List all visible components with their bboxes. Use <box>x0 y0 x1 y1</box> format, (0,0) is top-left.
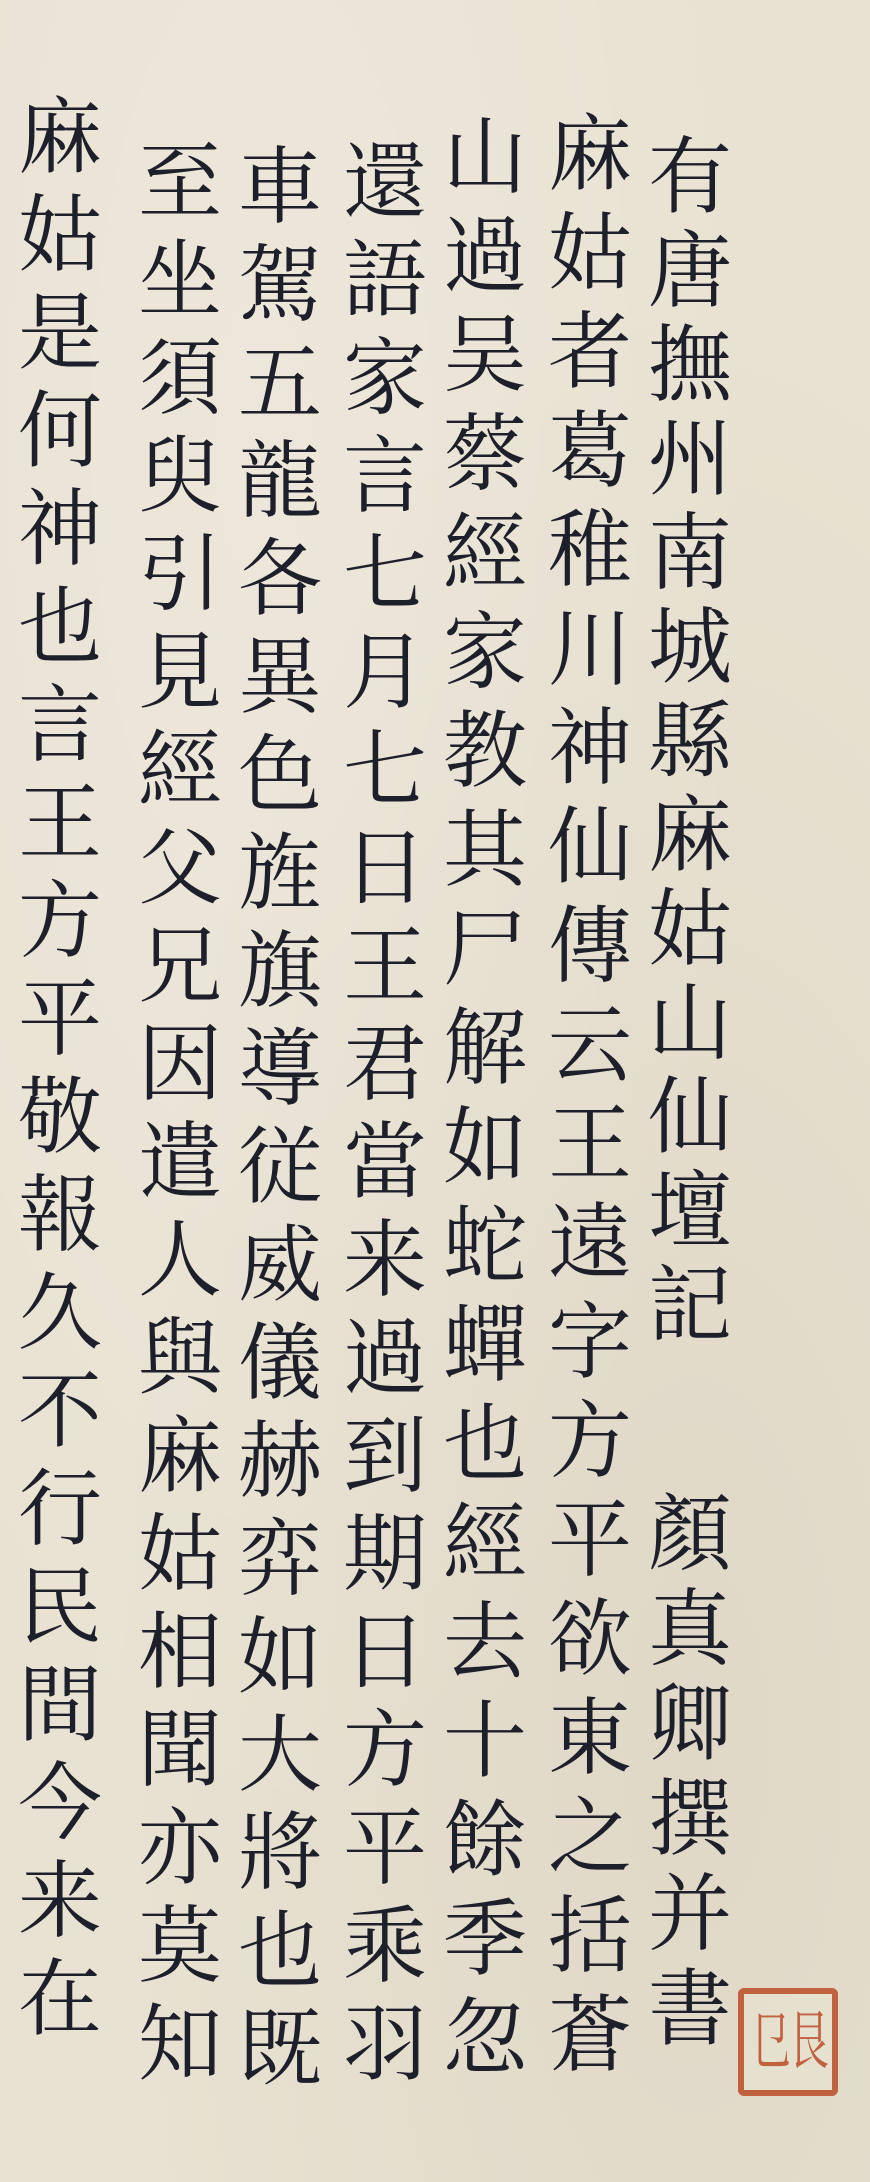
character-col5-2: 五 <box>225 341 335 425</box>
character-col3-3: 蔡 <box>430 412 540 496</box>
character-col2-11: 遠 <box>535 1201 645 1285</box>
character-col3-5: 家 <box>430 610 540 694</box>
character-col2-2: 者 <box>535 310 645 394</box>
character-col5-15: 如 <box>225 1615 335 1699</box>
character-col5-14: 弈 <box>225 1517 335 1601</box>
character-col6-7: 父 <box>125 826 235 910</box>
character-col1b-0: 顏 <box>635 1492 745 1576</box>
character-col2-5: 川 <box>535 607 645 691</box>
character-col1b-2: 卿 <box>635 1682 745 1766</box>
character-col3-8: 尸 <box>430 907 540 991</box>
character-col6-1: 坐 <box>125 238 235 322</box>
character-col4-13: 到 <box>330 1414 440 1498</box>
character-col6-15: 相 <box>125 1610 235 1694</box>
character-col3-10: 如 <box>430 1105 540 1189</box>
character-col5-18: 也 <box>225 1909 335 1993</box>
character-col3-18: 季 <box>430 1897 540 1981</box>
character-col3-14: 經 <box>430 1501 540 1585</box>
character-col4-14: 期 <box>330 1512 440 1596</box>
character-col3-6: 教 <box>430 709 540 793</box>
character-col4-7: 日 <box>330 826 440 910</box>
character-col2-6: 神 <box>535 706 645 790</box>
character-col6-10: 遣 <box>125 1120 235 1204</box>
character-col2-12: 字 <box>535 1300 645 1384</box>
character-col1-10: 仙 <box>635 1075 745 1159</box>
character-col3-0: 山 <box>430 115 540 199</box>
character-col1-11: 壇 <box>635 1169 745 1253</box>
character-col1b-1: 真 <box>635 1587 745 1671</box>
character-col3-9: 解 <box>430 1006 540 1090</box>
character-col4-0: 還 <box>330 140 440 224</box>
character-col5-16: 大 <box>225 1713 335 1797</box>
character-col6-3: 臾 <box>125 434 235 518</box>
character-col4-9: 君 <box>330 1022 440 1106</box>
character-col5-6: 色 <box>225 733 335 817</box>
character-col1-5: 城 <box>635 605 745 689</box>
character-col6-14: 姑 <box>125 1512 235 1596</box>
seal-glyph-right: 艮 <box>789 2010 825 2074</box>
character-col2-0: 麻 <box>535 112 645 196</box>
character-col6-12: 與 <box>125 1316 235 1400</box>
character-col6-17: 亦 <box>125 1806 235 1890</box>
character-col7-9: 平 <box>5 977 115 1061</box>
character-col3-17: 餘 <box>430 1798 540 1882</box>
character-col3-11: 蛇 <box>430 1204 540 1288</box>
character-col4-17: 平 <box>330 1806 440 1890</box>
character-col5-7: 旌 <box>225 831 335 915</box>
character-col6-9: 因 <box>125 1022 235 1106</box>
character-col2-16: 東 <box>535 1696 645 1780</box>
character-col5-13: 赫 <box>225 1419 335 1503</box>
character-col6-19: 知 <box>125 2002 235 2086</box>
character-col7-17: 今 <box>5 1761 115 1845</box>
character-col4-5: 月 <box>330 630 440 714</box>
character-col4-2: 家 <box>330 336 440 420</box>
character-col3-15: 去 <box>430 1600 540 1684</box>
character-col2-10: 王 <box>535 1102 645 1186</box>
character-col7-10: 敬 <box>5 1075 115 1159</box>
character-col7-11: 報 <box>5 1173 115 1257</box>
character-col7-12: 久 <box>5 1271 115 1355</box>
character-col3-19: 忽 <box>430 1996 540 2080</box>
character-col7-19: 在 <box>5 1957 115 2041</box>
character-col7-7: 王 <box>5 781 115 865</box>
character-col5-9: 導 <box>225 1027 335 1111</box>
character-col4-19: 羽 <box>330 2002 440 2086</box>
character-col6-18: 莫 <box>125 1904 235 1988</box>
seal-glyph-left: 㔾 <box>751 2010 787 2074</box>
character-col1-1: 唐 <box>635 229 745 313</box>
character-col2-7: 仙 <box>535 805 645 889</box>
character-col4-11: 来 <box>330 1218 440 1302</box>
character-col7-13: 不 <box>5 1369 115 1453</box>
character-col1b-3: 撰 <box>635 1777 745 1861</box>
character-col5-19: 既 <box>225 2007 335 2091</box>
character-col4-10: 當 <box>330 1120 440 1204</box>
character-col5-0: 車 <box>225 145 335 229</box>
character-col4-8: 王 <box>330 924 440 1008</box>
character-col5-4: 各 <box>225 537 335 621</box>
character-col5-8: 旗 <box>225 929 335 1013</box>
character-col4-3: 言 <box>330 434 440 518</box>
character-col1-2: 撫 <box>635 323 745 407</box>
character-col7-14: 行 <box>5 1467 115 1551</box>
character-col7-0: 麻 <box>5 95 115 179</box>
red-seal-stamp: 㔾 艮 <box>738 1988 838 2096</box>
character-col7-4: 神 <box>5 487 115 571</box>
character-col1-6: 縣 <box>635 699 745 783</box>
character-col5-1: 駕 <box>225 243 335 327</box>
character-col2-3: 葛 <box>535 409 645 493</box>
character-col3-13: 也 <box>430 1402 540 1486</box>
character-col3-12: 蟬 <box>430 1303 540 1387</box>
character-col6-8: 兄 <box>125 924 235 1008</box>
character-col4-18: 乘 <box>330 1904 440 1988</box>
character-col2-8: 傳 <box>535 904 645 988</box>
character-col4-4: 七 <box>330 532 440 616</box>
character-col4-6: 七 <box>330 728 440 812</box>
character-col1-3: 州 <box>635 417 745 501</box>
character-col7-18: 来 <box>5 1859 115 1943</box>
character-col1-8: 姑 <box>635 887 745 971</box>
character-col7-1: 姑 <box>5 193 115 277</box>
character-col7-16: 間 <box>5 1663 115 1747</box>
character-col7-15: 民 <box>5 1565 115 1649</box>
character-col3-2: 吴 <box>430 313 540 397</box>
character-col1-7: 麻 <box>635 793 745 877</box>
character-col2-1: 姑 <box>535 211 645 295</box>
character-col1-4: 南 <box>635 511 745 595</box>
character-col6-5: 見 <box>125 630 235 714</box>
character-col2-17: 之 <box>535 1795 645 1879</box>
character-col2-15: 欲 <box>535 1597 645 1681</box>
character-col5-11: 威 <box>225 1223 335 1307</box>
character-col7-3: 何 <box>5 389 115 473</box>
character-col6-11: 人 <box>125 1218 235 1302</box>
character-col2-13: 方 <box>535 1399 645 1483</box>
character-col5-10: 従 <box>225 1125 335 1209</box>
character-col1-12: 記 <box>635 1263 745 1347</box>
character-col5-5: 異 <box>225 635 335 719</box>
character-col2-9: 云 <box>535 1003 645 1087</box>
character-col6-6: 經 <box>125 728 235 812</box>
character-col4-16: 方 <box>330 1708 440 1792</box>
character-col3-4: 經 <box>430 511 540 595</box>
character-col4-1: 語 <box>330 238 440 322</box>
character-col1-0: 有 <box>635 135 745 219</box>
character-col4-12: 過 <box>330 1316 440 1400</box>
character-col1b-5: 書 <box>635 1967 745 2051</box>
character-col5-3: 龍 <box>225 439 335 523</box>
character-col2-14: 平 <box>535 1498 645 1582</box>
character-col3-16: 十 <box>430 1699 540 1783</box>
character-col7-5: 也 <box>5 585 115 669</box>
character-col3-7: 其 <box>430 808 540 892</box>
character-col7-6: 言 <box>5 683 115 767</box>
character-col1b-4: 并 <box>635 1872 745 1956</box>
character-col6-16: 聞 <box>125 1708 235 1792</box>
character-col7-8: 方 <box>5 879 115 963</box>
character-col2-19: 蒼 <box>535 1993 645 2077</box>
character-col7-2: 是 <box>5 291 115 375</box>
character-col1-9: 山 <box>635 981 745 1065</box>
character-col6-13: 麻 <box>125 1414 235 1498</box>
character-col5-12: 儀 <box>225 1321 335 1405</box>
character-col6-2: 須 <box>125 336 235 420</box>
character-col6-4: 引 <box>125 532 235 616</box>
character-col6-0: 至 <box>125 140 235 224</box>
character-col3-1: 過 <box>430 214 540 298</box>
character-col5-17: 將 <box>225 1811 335 1895</box>
character-col2-18: 括 <box>535 1894 645 1978</box>
character-col4-15: 日 <box>330 1610 440 1694</box>
character-col2-4: 稚 <box>535 508 645 592</box>
